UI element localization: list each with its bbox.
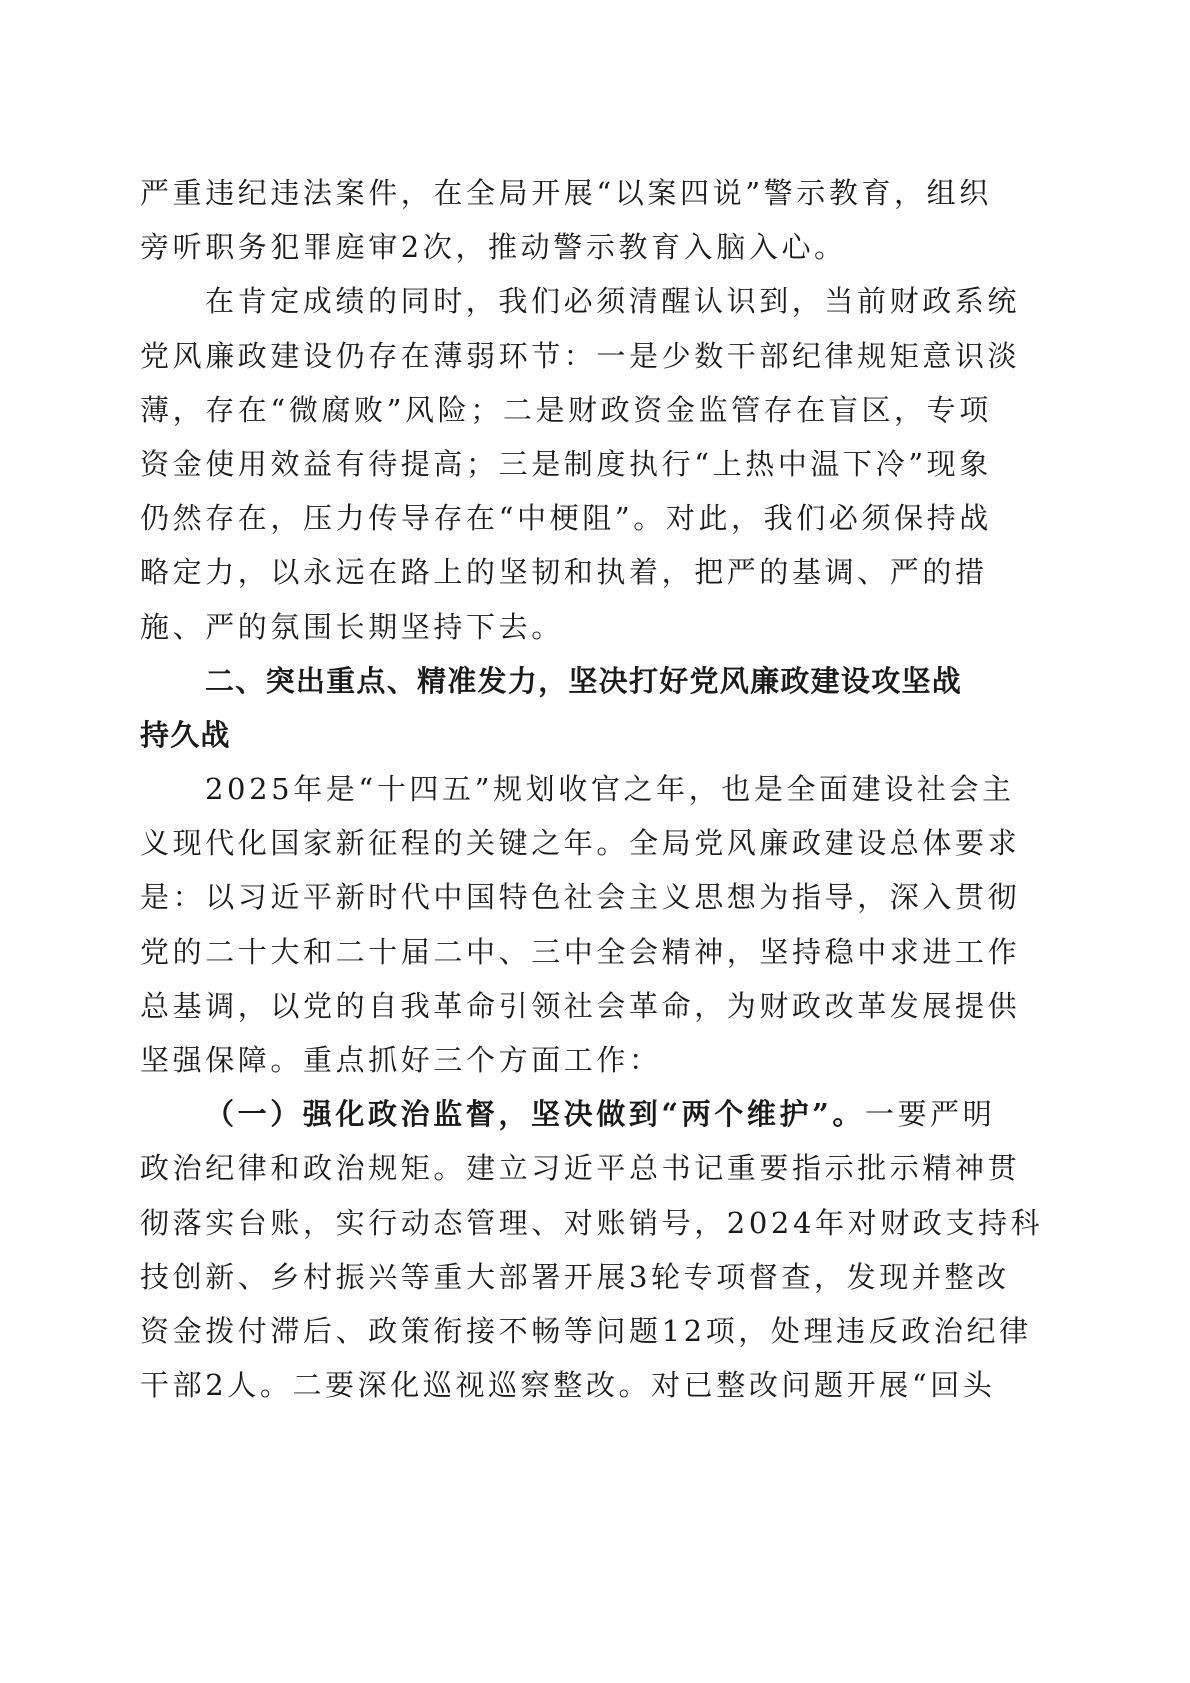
text-line: 是：以习近平新时代中国特色社会主义思想为指导，深入贯彻 [140,870,962,924]
document-page: 严重违纪违法案件，在全局开展“以案四说”警示教育，组织 旁听职务犯罪庭审2次，推… [140,166,962,1412]
text-span: 一要严明 [865,1097,995,1131]
text-line: 总基调，以党的自我革命引领社会革命，为财政改革发展提供 [140,979,962,1033]
text-line: （一）强化政治监督，坚决做到“两个维护”。一要严明 [140,1087,962,1141]
text-line: 党的二十大和二十届二中、三中全会精神，坚持稳中求进工作 [140,925,962,979]
text-line: 彻落实台账，实行动态管理、对账销号，2024年对财政支持科 [140,1196,962,1250]
text-line: 旁听职务犯罪庭审2次，推动警示教育入脑入心。 [140,220,962,274]
text-line: 义现代化国家新征程的关键之年。全局党风廉政建设总体要求 [140,816,962,870]
paragraph-2025-requirements: 2025年是“十四五”规划收官之年，也是全面建设社会主 义现代化国家新征程的关键… [140,762,962,1087]
text-line: 略定力，以永远在路上的坚韧和执着，把严的基调、严的措 [140,545,962,599]
paragraph-warning-education: 严重违纪违法案件，在全局开展“以案四说”警示教育，组织 旁听职务犯罪庭审2次，推… [140,166,962,274]
text-line: 在肯定成绩的同时，我们必须清醒认识到，当前财政系统 [140,274,962,328]
section-heading-2: 二、突出重点、精准发力，坚决打好党风廉政建设攻坚战 持久战 [140,654,962,762]
text-line: 2025年是“十四五”规划收官之年，也是全面建设社会主 [140,762,962,816]
text-line: 技创新、乡村振兴等重大部署开展3轮专项督查，发现并整改 [140,1250,962,1304]
text-line: 坚强保障。重点抓好三个方面工作： [140,1033,962,1087]
text-line: 政治纪律和政治规矩。建立习近平总书记重要指示批示精神贯 [140,1141,962,1195]
heading-line: 二、突出重点、精准发力，坚决打好党风廉政建设攻坚战 [140,654,962,708]
text-line: 仍然存在，压力传导存在“中梗阻”。对此，我们必须保持战 [140,491,962,545]
text-line: 干部2人。二要深化巡视巡察整改。对已整改问题开展“回头 [140,1358,962,1412]
text-line: 党风廉政建设仍存在薄弱环节：一是少数干部纪律规矩意识淡 [140,329,962,383]
text-line: 施、严的氛围长期坚持下去。 [140,600,962,654]
text-line: 资金拨付滞后、政策衔接不畅等问题12项，处理违反政治纪律 [140,1304,962,1358]
text-line: 薄，存在“微腐败”风险；二是财政资金监管存在盲区，专项 [140,383,962,437]
paragraph-political-supervision: （一）强化政治监督，坚决做到“两个维护”。一要严明 政治纪律和政治规矩。建立习近… [140,1087,962,1412]
subheading-lead: （一）强化政治监督，坚决做到“两个维护”。 [205,1097,865,1131]
heading-line: 持久战 [140,708,962,762]
paragraph-weak-links: 在肯定成绩的同时，我们必须清醒认识到，当前财政系统 党风廉政建设仍存在薄弱环节：… [140,274,962,653]
text-line: 严重违纪违法案件，在全局开展“以案四说”警示教育，组织 [140,166,962,220]
text-line: 资金使用效益有待提高；三是制度执行“上热中温下冷”现象 [140,437,962,491]
